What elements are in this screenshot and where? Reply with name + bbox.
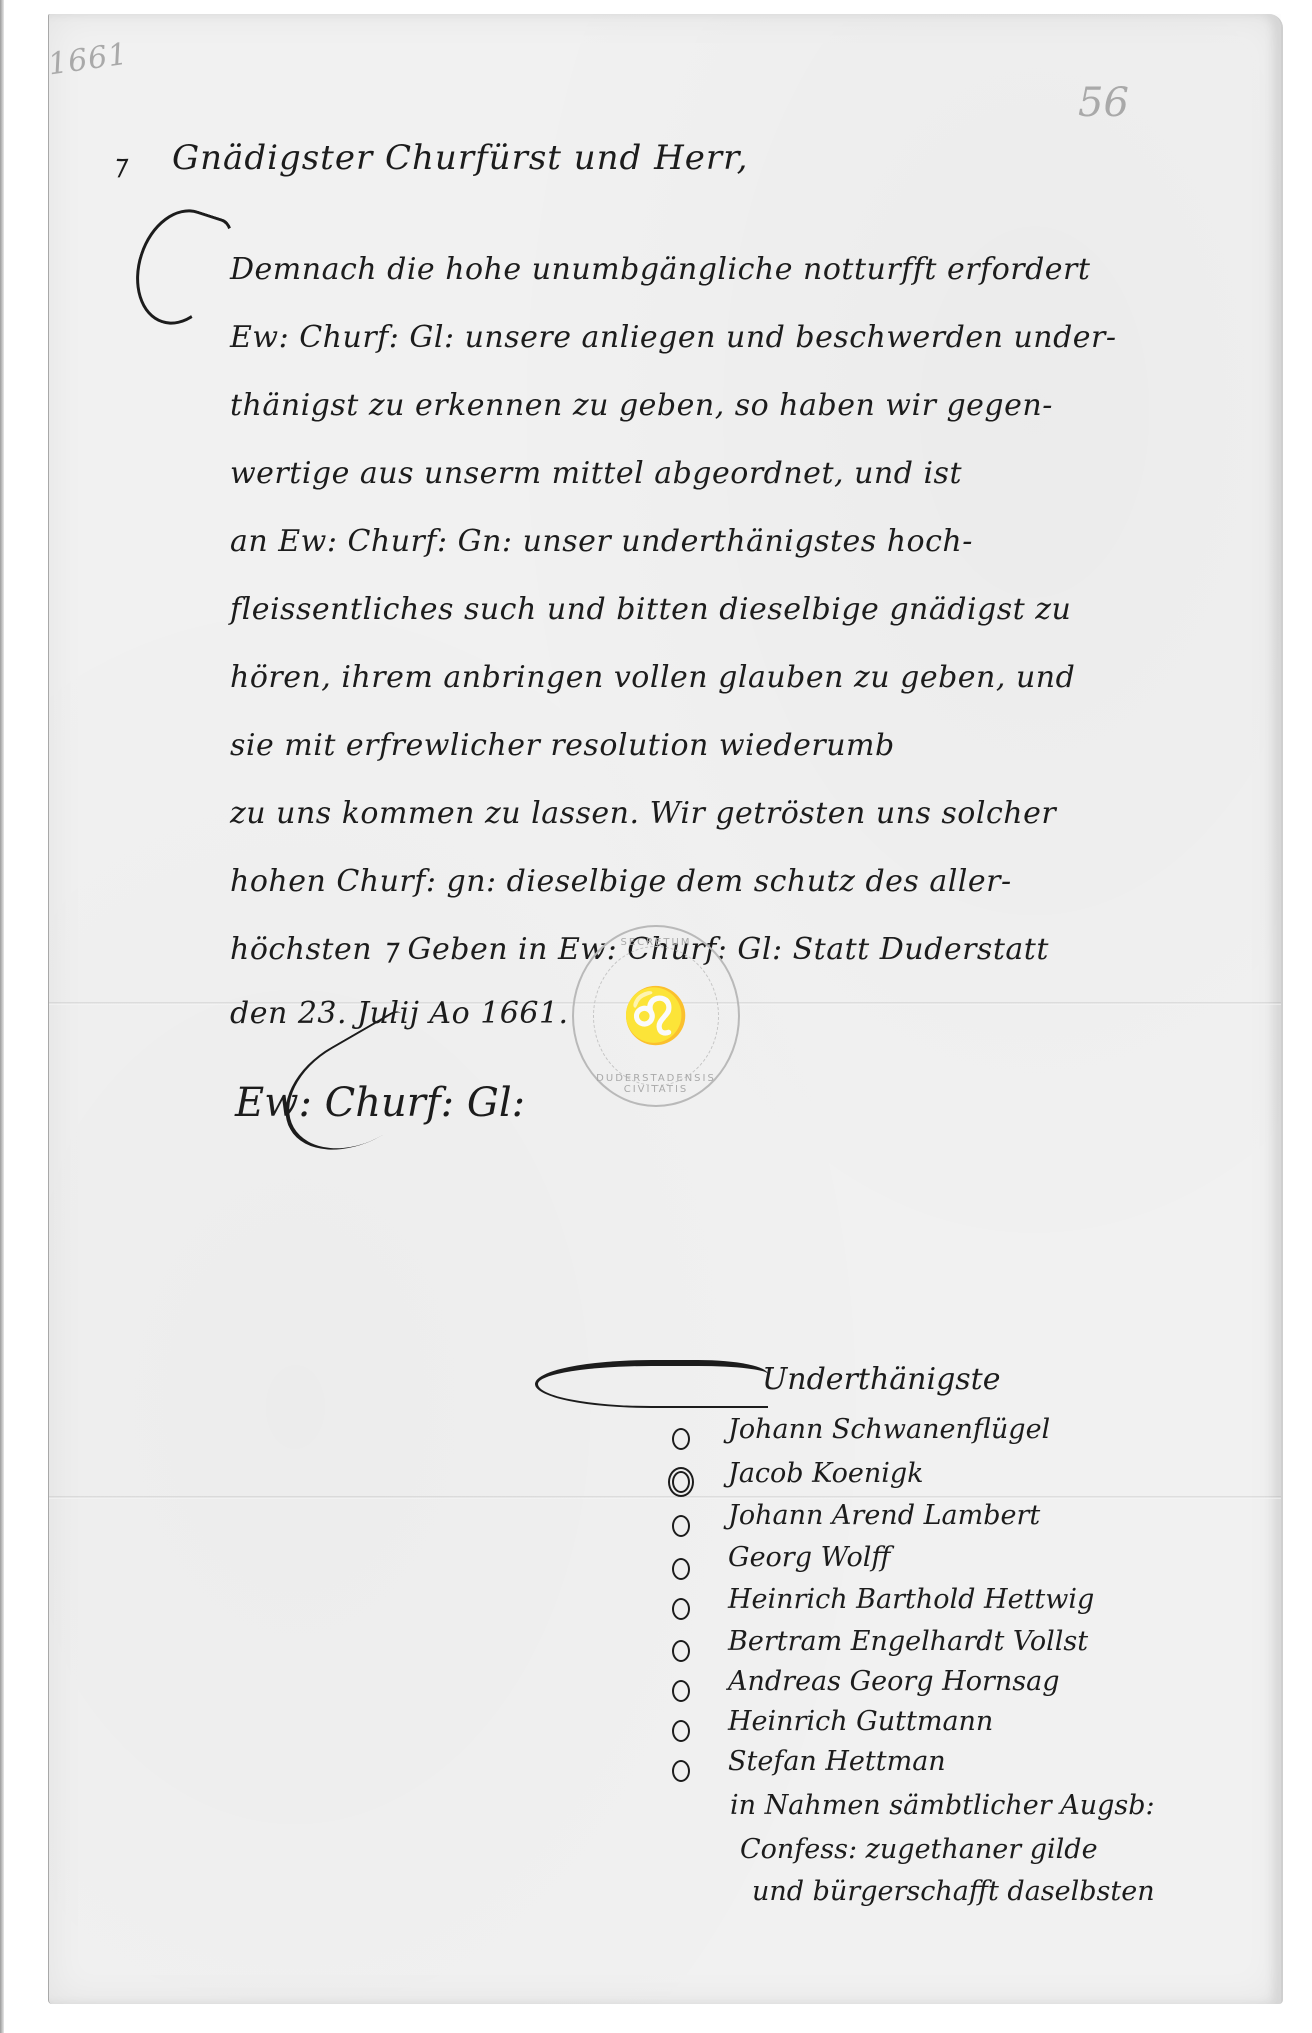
lion-icon: ♌: [593, 946, 719, 1086]
body-line: hohen Churf: gn: dieselbige dem schutz d…: [230, 864, 1012, 899]
signatory-mark: [672, 1598, 690, 1620]
signatory-name: Jacob Koenigk: [728, 1458, 924, 1489]
signatory-trailer-line: und bürgerschafft daselbsten: [752, 1876, 1155, 1907]
signatory-name: Andreas Georg Hornsag: [728, 1666, 1060, 1697]
signatory-mark-circled: [672, 1471, 690, 1493]
signatory-name: Johann Arend Lambert: [728, 1500, 1040, 1531]
body-line: Demnach die hohe unumbgängliche notturff…: [230, 252, 1090, 287]
body-line: zu uns kommen zu lassen. Wir getrösten u…: [230, 796, 1056, 831]
closing-formula: Ew: Churf: Gl:: [235, 1080, 525, 1126]
scan-edge: [0, 0, 4, 2033]
seal-legend-bottom: DUDERSTADENSIS CIVITATIS: [574, 1073, 738, 1095]
body-line: wertige aus unserm mittel abgeordnet, un…: [230, 456, 962, 491]
signatory-name: Heinrich Barthold Hettwig: [728, 1584, 1094, 1615]
city-seal-stamp: SECRETUM ♌ DUDERSTADENSIS CIVITATIS: [572, 925, 740, 1107]
signatory-mark: [672, 1515, 690, 1537]
salutation: Gnädigster Churfürst und Herr,: [172, 138, 748, 178]
body-line: hören, ihrem anbringen vollen glauben zu…: [230, 660, 1075, 695]
body-line: Ew: Churf: Gl: unsere anliegen und besch…: [230, 320, 1117, 355]
body-line: sie mit erfrewlicher resolution wiederum…: [230, 728, 895, 763]
seal-legend-top: SECRETUM: [574, 937, 738, 948]
signatory-name: Bertram Engelhardt Vollst: [728, 1626, 1088, 1657]
signatory-name: Heinrich Guttmann: [728, 1706, 993, 1737]
subscription: Underthänigste: [762, 1362, 1001, 1397]
signatory-mark: [672, 1640, 690, 1662]
signatory-trailer-line: in Nahmen sämbtlicher Augsb:: [730, 1790, 1155, 1821]
folio-number: 56: [1078, 80, 1129, 126]
body-line: thänigst zu erkennen zu geben, so haben …: [230, 388, 1053, 423]
signatory-trailer-line: Confess: zugethaner gilde: [740, 1834, 1098, 1865]
signatory-mark: [672, 1428, 690, 1450]
fold-line: [49, 1496, 1281, 1499]
signatory-mark: [672, 1680, 690, 1702]
signatory-name: Stefan Hettman: [728, 1746, 946, 1777]
signatory-mark: [672, 1760, 690, 1782]
subscription-flourish: [535, 1360, 768, 1408]
body-line: an Ew: Churf: Gn: unser underthänigstes …: [230, 524, 973, 559]
signatory-mark: [672, 1720, 690, 1742]
signatory-name: Johann Schwanenflügel: [728, 1414, 1050, 1445]
signatory-mark: [672, 1558, 690, 1580]
salutation-mark: ⁊: [112, 148, 126, 181]
body-line: fleissentliches such und bitten dieselbi…: [230, 592, 1071, 627]
signatory-name: Georg Wolff: [728, 1542, 891, 1573]
